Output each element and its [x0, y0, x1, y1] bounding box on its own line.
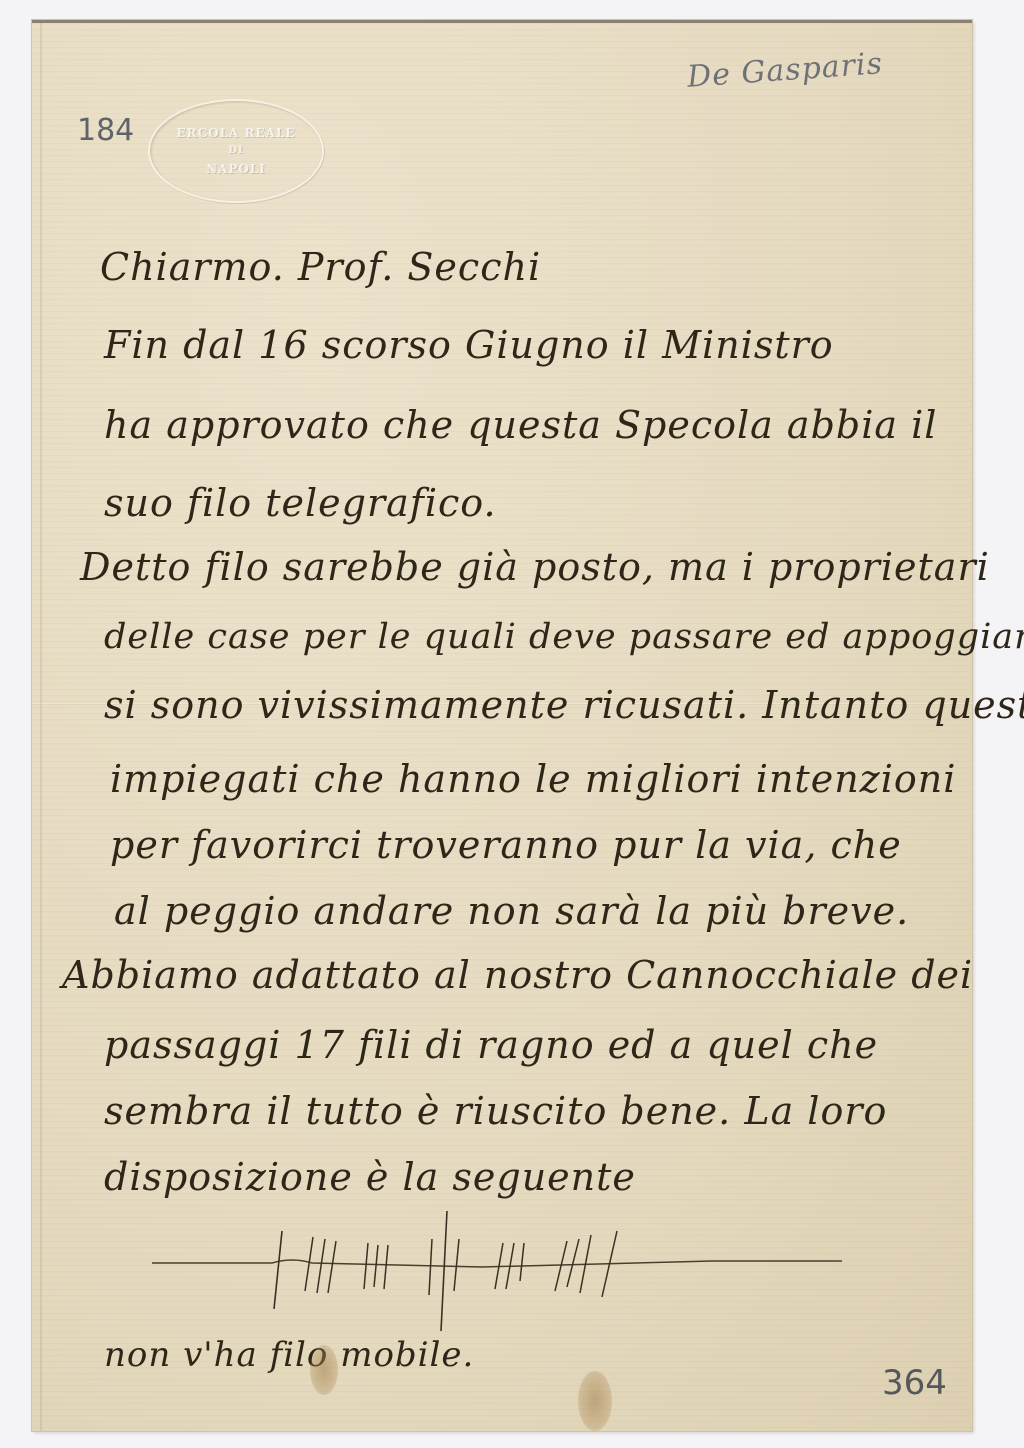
folio-number: 184: [77, 113, 134, 148]
scanned-document: De Gasparis 184 ERCOLA REALE DI NAPOLI C…: [0, 0, 1024, 1448]
ink-stain: [578, 1371, 612, 1431]
letter-line: al peggio andare non sarà la più breve.: [114, 889, 909, 933]
stamp-line-3: NAPOLI: [206, 160, 266, 178]
letter-line: Abbiamo adattato al nostro Cannocchiale …: [62, 953, 973, 997]
stamp-line-2: DI: [228, 142, 243, 160]
author-pencil-note: De Gasparis: [686, 46, 884, 95]
archive-number: 364: [882, 1363, 947, 1403]
letter-line: si sono vivissimamente ricusati. Intanto…: [104, 683, 1024, 727]
letter-line: suo filo telegrafico.: [104, 481, 497, 525]
wire-reticle-diagram: [152, 1211, 852, 1331]
letter-line: disposizione è la seguente: [104, 1155, 636, 1199]
letter-line: ha approvato che questa Specola abbia il: [104, 403, 937, 447]
stamp-line-1: ERCOLA REALE: [176, 124, 295, 142]
letter-line: Detto filo sarebbe già posto, ma i propr…: [80, 545, 990, 589]
paper-fold-edge: [40, 23, 42, 1431]
letter-paper: De Gasparis 184 ERCOLA REALE DI NAPOLI C…: [32, 20, 972, 1431]
letter-line: Fin dal 16 scorso Giugno il Ministro: [104, 323, 834, 367]
embossed-stamp: ERCOLA REALE DI NAPOLI: [148, 99, 324, 203]
ink-stain: [310, 1345, 338, 1395]
letter-line: impiegati che hanno le migliori intenzio…: [110, 757, 956, 801]
closing-note: non v'ha filo mobile.: [104, 1335, 474, 1375]
letter-salutation: Chiarmo. Prof. Secchi: [100, 245, 541, 289]
letter-line: per favorirci troveranno pur la via, che: [110, 823, 902, 867]
letter-line: passaggi 17 fili di ragno ed a quel che: [104, 1023, 878, 1067]
letter-line: sembra il tutto è riuscito bene. La loro: [104, 1089, 887, 1133]
letter-line: delle case per le quali deve passare ed …: [104, 617, 1024, 657]
